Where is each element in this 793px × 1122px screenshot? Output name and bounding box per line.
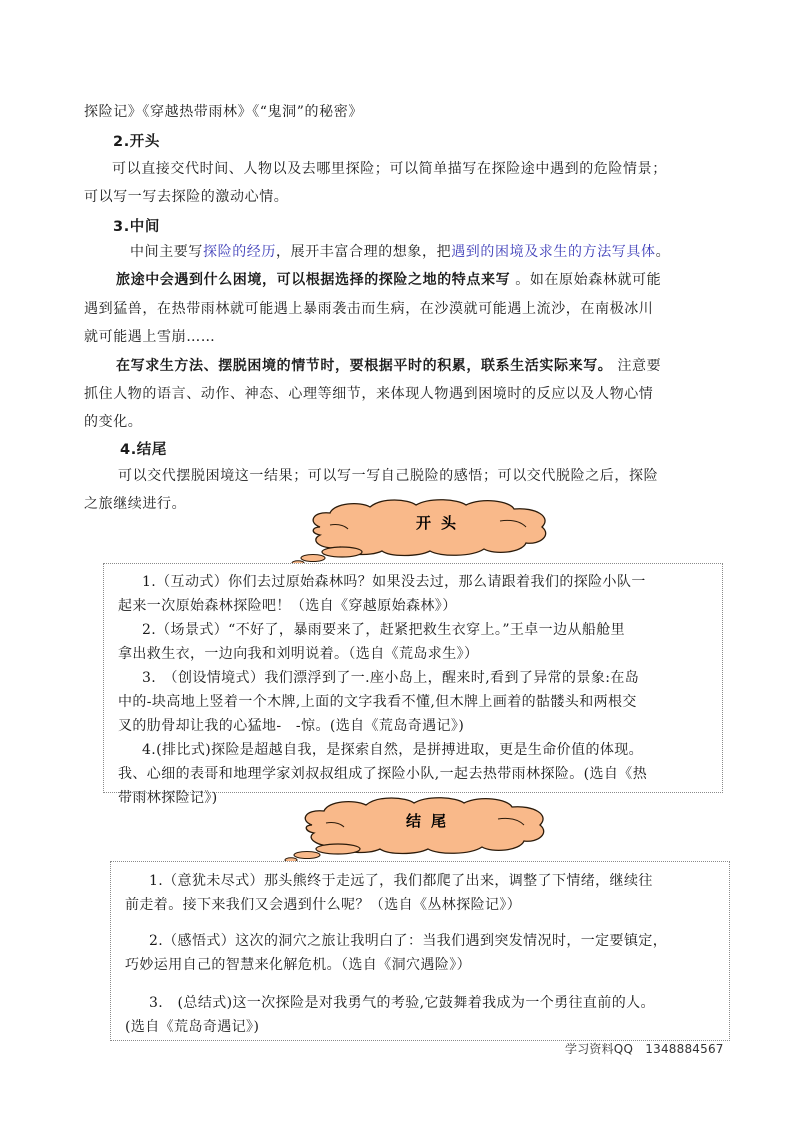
opening-example-3-line-2: 中的-块高地上竖着一个木牌,上面的文字我看不懂,但木牌上画着的骷髅头和两根交 [118, 693, 637, 711]
middle-p3-rest: 注意要 [612, 358, 661, 374]
opening-example-1-line-1: 1.（互动式）你们去过原始森林吗？如果没去过，那么请跟着我们的探险小队一 [142, 573, 646, 591]
opening-example-3-line-1: 3. （创设情境式）我们漂浮到了一.座小岛上，醒来时,看到了异常的景象:在岛 [142, 669, 639, 687]
middle-paragraph-2-line-1: 旅途中会遇到什么困境，可以根据选择的探险之地的特点来写 。如在原始森林就可能 [116, 271, 746, 289]
middle-p2-rest: 。如在原始森林就可能 [510, 272, 661, 288]
heading-ending: 4.结尾 [120, 441, 750, 459]
cloud-label-ending: 结尾 [406, 810, 456, 831]
heading-middle: 3.中间 [113, 218, 743, 236]
opening-example-4-line-3: 带雨林探险记》) [118, 789, 218, 807]
middle-p1-highlight-1: 探险的经历 [203, 244, 276, 260]
ending-example-1-line-2: 前走着。接下来我们又会遇到什么呢？（选自《丛林探险记》） [125, 896, 521, 914]
opening-text-line-2: 可以写一写去探险的激动心情。 [84, 188, 714, 206]
ending-text-line-1: 可以交代摆脱困境这一结果；可以写一写自己脱险的感悟；可以交代脱险之后，探险 [118, 467, 748, 485]
middle-p2-bold: 旅途中会遇到什么困境，可以根据选择的探险之地的特点来写 [116, 272, 510, 288]
middle-p1-highlight-2: 遇到的困境及求生的方法写具体 [451, 244, 655, 260]
cloud-callout-ending: 结尾 [282, 795, 552, 863]
middle-p1-e: 。 [656, 244, 671, 260]
opening-example-3-line-3: 叉的肋骨却让我的心猛地- -惊。(选自《荒岛奇遇记》) [118, 717, 464, 735]
ending-example-2-line-2: 巧妙运用自己的智慧来化解危机。（选自《洞穴遇险》） [125, 956, 471, 974]
middle-paragraph-3-line-1: 在写求生方法、摆脱困境的情节时，要根据平时的积累，联系生活实际来写。 注意要 [116, 357, 746, 375]
opening-example-4-line-1: 4.(排比式)探险是超越自我，是探索自然，是拼搏进取，更是生命价值的体现。 [142, 741, 643, 759]
ending-example-3-line-1: 3. (总结式)这一次探险是对我勇气的考验,它鼓舞着我成为一个勇往直前的人。 [149, 994, 655, 1012]
middle-paragraph-2-line-2: 遇到猛兽，在热带雨林就可能遇上暴雨袭击而生病，在沙漠就可能遇上流沙，在南极冰川 [84, 300, 714, 318]
opening-text-line-1: 可以直接交代时间、人物以及去哪里探险；可以简单描写在探险途中遇到的危险情景； [112, 160, 742, 178]
middle-paragraph-2-line-3: 就可能遇上雪崩…… [84, 328, 714, 346]
middle-p1-a: 中间主要写 [130, 244, 203, 260]
ending-example-2-line-1: 2.（感悟式）这次的洞穴之旅让我明白了：当我们遇到突发情况时，一定要镇定， [149, 932, 667, 950]
ending-example-3-line-2: (选自《荒岛奇遇记》) [125, 1018, 259, 1036]
opening-example-2-line-2: 拿出救生衣，一边向我和刘明说着。（选自《荒岛求生》） [118, 645, 478, 663]
opening-example-2-line-1: 2.（场景式）“不好了，暴雨要来了，赶紧把救生衣穿上。”王卓一边从船舱里 [142, 621, 625, 639]
ending-example-1-line-1: 1.（意犹未尽式）那头熊终于走远了，我们都爬了出来，调整了下情绪，继续往 [149, 872, 653, 890]
middle-paragraph-1: 中间主要写探险的经历，展开丰富合理的想象，把遇到的困境及求生的方法写具体。 [130, 243, 760, 261]
cloud-label-opening: 开头 [416, 512, 466, 533]
middle-p3-bold: 在写求生方法、摆脱困境的情节时，要根据平时的积累，联系生活实际来写。 [116, 358, 612, 374]
top-book-titles: 探险记》《穿越热带雨林》《“鬼洞”的秘密》 [84, 103, 714, 121]
opening-example-4-line-2: 我、心细的表哥和地理学家刘叔叔组成了探险小队,一起去热带雨林探险。(选自《热 [118, 765, 647, 783]
heading-opening: 2.开头 [113, 133, 743, 151]
middle-paragraph-3-line-2: 抓住人物的语言、动作、神态、心理等细节，来体现人物遇到困境时的反应以及人物心情 [84, 385, 714, 403]
footer-contact: 学习资料QQ 1348884567 [565, 1040, 724, 1057]
cloud-callout-opening: 开头 [290, 495, 552, 567]
opening-example-1-line-2: 起来一次原始森林探险吧！（选自《穿越原始森林》） [118, 597, 457, 615]
ending-examples-box: 1.（意犹未尽式）那头熊终于走远了，我们都爬了出来，调整了下情绪，继续往 前走着… [110, 861, 730, 1041]
middle-paragraph-3-line-3: 的变化。 [84, 413, 714, 431]
opening-examples-box: 1.（互动式）你们去过原始森林吗？如果没去过，那么请跟着我们的探险小队一 起来一… [103, 563, 723, 793]
middle-p1-c: ，展开丰富合理的想象，把 [276, 244, 451, 260]
